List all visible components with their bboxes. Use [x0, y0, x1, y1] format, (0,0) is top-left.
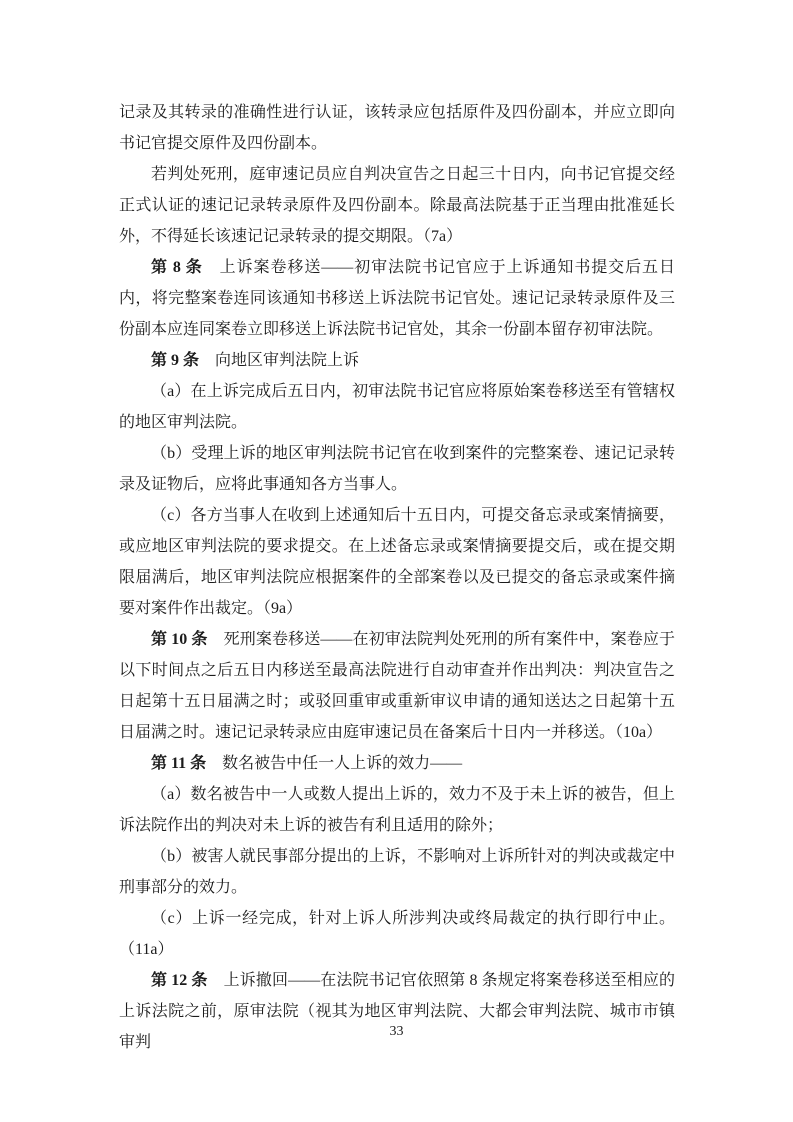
paragraph-text: 数名被告中任一人上诉的效力—— — [206, 755, 462, 772]
paragraph-text: （c）各方当事人在收到上述通知后十五日内，可提交备忘录或案情摘要，或应地区审判法… — [119, 507, 675, 617]
article-11-label: 第 11 条 — [151, 755, 206, 772]
paragraph-article-11: 第 11 条 数名被告中任一人上诉的效力—— — [119, 748, 675, 779]
paragraph-article-9-item-c: （c）各方当事人在收到上述通知后十五日内，可提交备忘录或案情摘要，或应地区审判法… — [119, 500, 675, 624]
paragraph-article-8: 第 8 条 上诉案卷移送——初审法院书记官应于上诉通知书提交后五日内，将完整案卷… — [119, 252, 675, 345]
paragraph-article-11-item-a: （a）数名被告中一人或数人提出上诉的，效力不及于未上诉的被告，但上诉法院作出的判… — [119, 779, 675, 841]
paragraph-article-11-item-b: （b）被害人就民事部分提出的上诉，不影响对上诉所针对的判决或裁定中刑事部分的效力… — [119, 841, 675, 903]
paragraph-article-12: 第 12 条 上诉撤回——在法院书记官依照第 8 条规定将案卷移送至相应的上诉法… — [119, 965, 675, 1058]
paragraph-text: （b）受理上诉的地区审判法院书记官在收到案件的完整案卷、速记记录转录及证物后，应… — [119, 445, 675, 493]
article-12-label: 第 12 条 — [151, 972, 208, 989]
paragraph-text: （c）上诉一经完成，针对上诉人所涉判决或终局裁定的执行即行中止。（11a） — [119, 910, 675, 958]
paragraph-continuation: 记录及其转录的准确性进行认证，该转录应包括原件及四份副本，并应立即向书记官提交原… — [119, 97, 675, 159]
paragraph-text: （a）在上诉完成后五日内，初审法院书记官应将原始案卷移送至有管辖权的地区审判法院… — [119, 383, 675, 431]
paragraph-article-9-item-a: （a）在上诉完成后五日内，初审法院书记官应将原始案卷移送至有管辖权的地区审判法院… — [119, 376, 675, 438]
document-page: 记录及其转录的准确性进行认证，该转录应包括原件及四份副本，并应立即向书记官提交原… — [0, 0, 793, 1122]
article-9-label: 第 9 条 — [151, 352, 199, 369]
paragraph-text: 向地区审判法院上诉 — [199, 352, 359, 369]
article-10-label: 第 10 条 — [151, 631, 208, 648]
paragraph-article-9: 第 9 条 向地区审判法院上诉 — [119, 345, 675, 376]
paragraph-article-9-item-b: （b）受理上诉的地区审判法院书记官在收到案件的完整案卷、速记记录转录及证物后，应… — [119, 438, 675, 500]
paragraph-article-10: 第 10 条 死刑案卷移送——在初审法院判处死刑的所有案件中，案卷应于以下时间点… — [119, 624, 675, 748]
paragraph-text: 若判处死刑，庭审速记员应自判决宣告之日起三十日内，向书记官提交经正式认证的速记记… — [119, 166, 675, 245]
paragraph-text: （b）被害人就民事部分提出的上诉，不影响对上诉所针对的判决或裁定中刑事部分的效力… — [119, 848, 675, 896]
article-8-label: 第 8 条 — [151, 259, 203, 276]
paragraph-text: 记录及其转录的准确性进行认证，该转录应包括原件及四份副本，并应立即向书记官提交原… — [119, 104, 675, 152]
paragraph-article-11-item-c: （c）上诉一经完成，针对上诉人所涉判决或终局裁定的执行即行中止。（11a） — [119, 903, 675, 965]
paragraph-text: 上诉案卷移送——初审法院书记官应于上诉通知书提交后五日内，将完整案卷连同该通知书… — [119, 259, 675, 338]
document-body: 记录及其转录的准确性进行认证，该转录应包括原件及四份副本，并应立即向书记官提交原… — [119, 97, 675, 1058]
paragraph-text: （a）数名被告中一人或数人提出上诉的，效力不及于未上诉的被告，但上诉法院作出的判… — [119, 786, 675, 834]
paragraph-death-penalty-transcript: 若判处死刑，庭审速记员应自判决宣告之日起三十日内，向书记官提交经正式认证的速记记… — [119, 159, 675, 252]
page-number: 33 — [0, 1024, 793, 1040]
